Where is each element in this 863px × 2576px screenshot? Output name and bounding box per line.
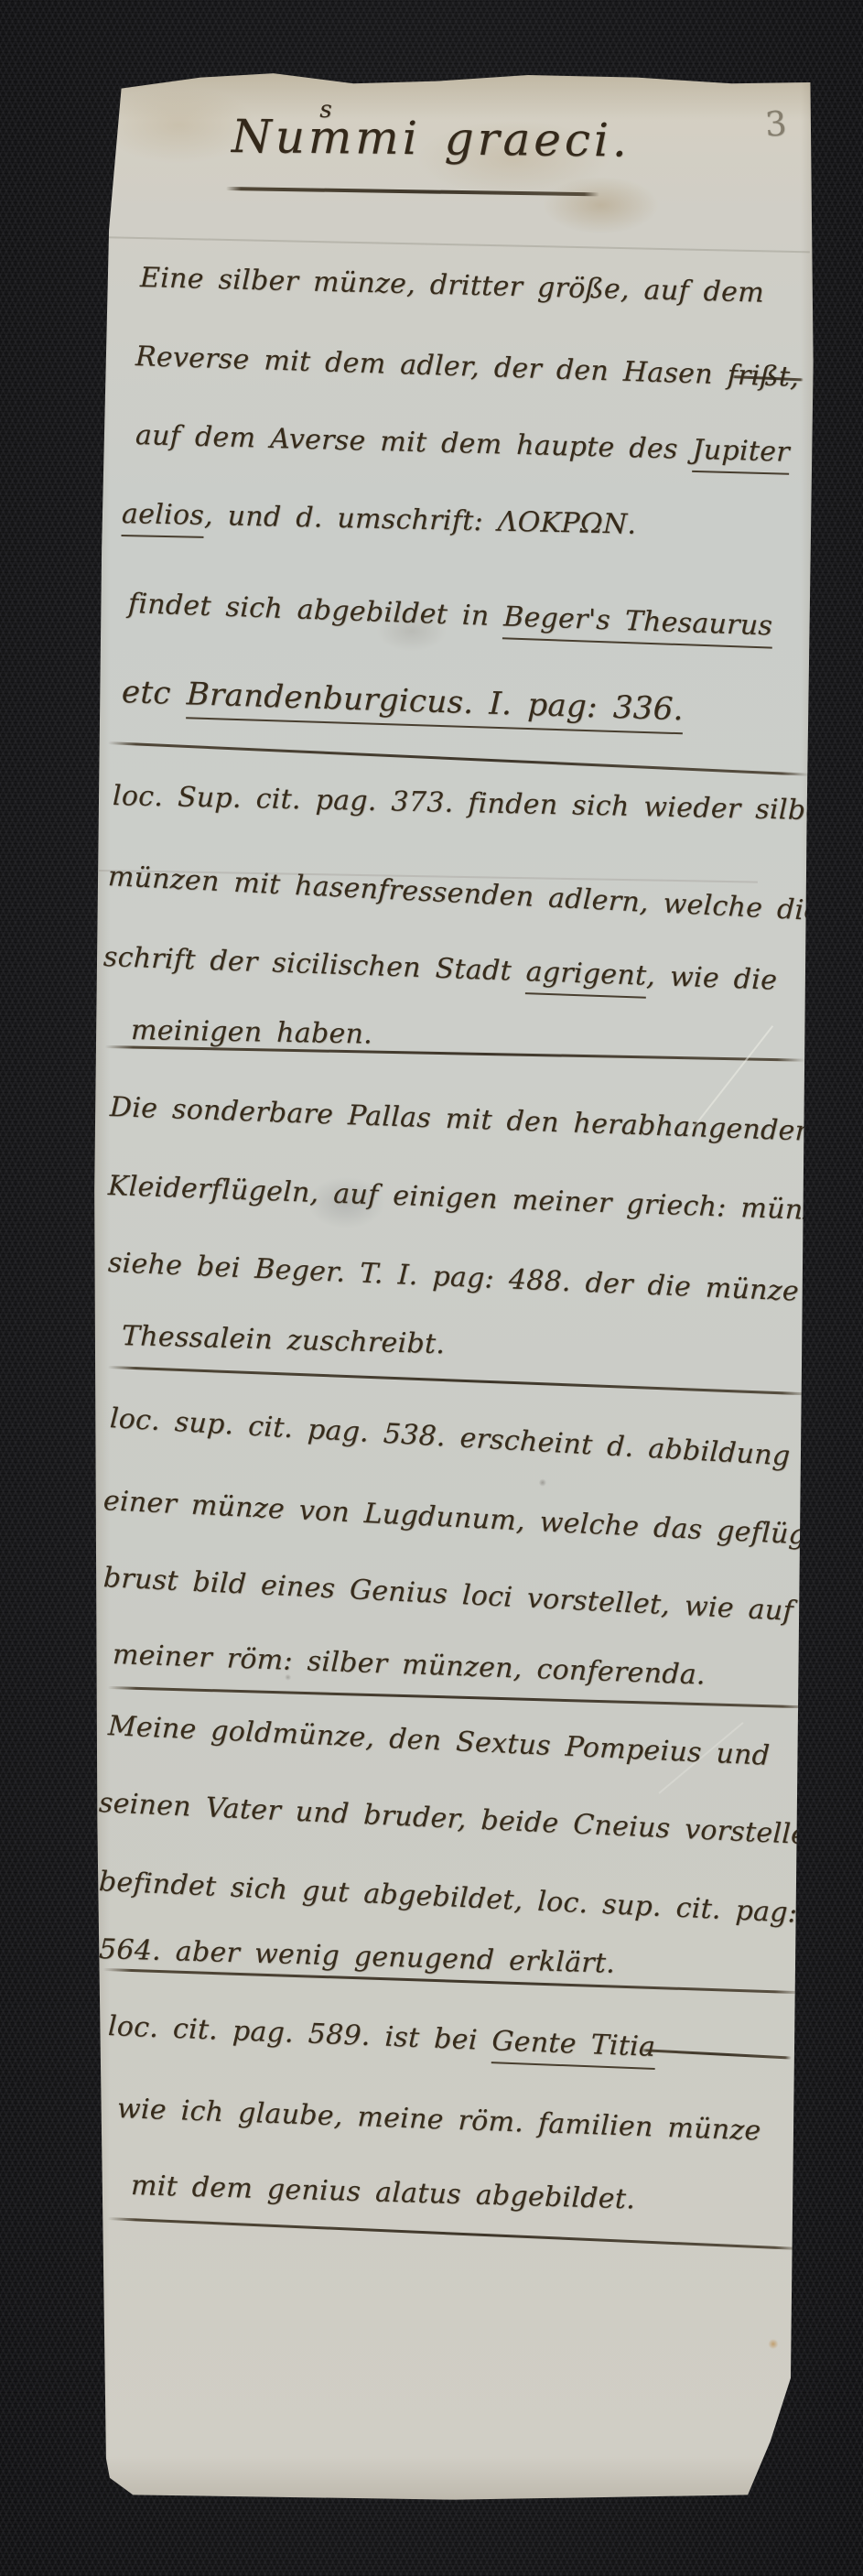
title-underline: [226, 187, 599, 196]
manuscript-line: Kleiderflügeln, auf einigen meiner griec…: [107, 1170, 861, 1228]
line-text: [860, 1196, 861, 1228]
manuscript-line: etc Brandenburgicus. I. pag: 336.: [121, 674, 684, 728]
manuscript-line: meiner röm: silber münzen, conferenda.: [112, 1639, 706, 1692]
line-text: [859, 1521, 861, 1553]
line-text: Kleiderflügeln, auf einigen meiner griec…: [107, 1170, 861, 1228]
manuscript-line: Meine goldmünze, den Sextus Pompeius und: [107, 1710, 771, 1772]
line-text: , und d. umschrift: ΛΟΚΡΩΝ.: [204, 500, 637, 541]
manuscript-line: aelios, und d. umschrift: ΛΟΚΡΩΝ.: [122, 498, 637, 541]
line-text: mit dem genius alatus abgebildet.: [131, 2170, 636, 2215]
line-text: Meine goldmünze, den Sextus Pompeius und: [107, 1710, 771, 1772]
underlined-text: Beger's Thesaurus: [502, 601, 772, 648]
manuscript-line: meinigen haben.: [131, 1014, 373, 1051]
underlined-text: aelios: [121, 498, 204, 538]
line-text: loc. cit. pag. 589. ist bei: [107, 2010, 492, 2057]
page-title: Nummi graeci. s: [232, 110, 631, 168]
manuscript-line: loc. cit. pag. 589. ist bei Gente Titia: [107, 2010, 656, 2063]
manuscript-line: Die sonderbare Pallas mit den herabhange…: [109, 1091, 813, 1148]
manuscript-line: mit dem genius alatus abgebildet.: [131, 2170, 636, 2215]
manuscript-line: auf dem Averse mit dem haupte des Jupite…: [135, 419, 791, 469]
manuscript-line: seinen Vater und bruder, beide Cneius vo…: [98, 1787, 853, 1853]
line-text: [858, 796, 859, 828]
line-text: etc: [121, 674, 187, 712]
paragraph-divider: [108, 1686, 811, 1708]
line-text: siehe bei Beger. T. I. pag: 488. der die…: [107, 1247, 799, 1308]
underlined-text: [859, 1521, 861, 1553]
manuscript-line: Eine silber münze, dritter größe, auf de…: [140, 262, 765, 309]
underlined-text: [860, 1196, 861, 1228]
line-text: Die sonderbare Pallas mit den herabhange…: [109, 1091, 813, 1148]
manuscript-line: schrift der sicilischen Stadt agrigent, …: [102, 941, 777, 997]
manuscript-line: siehe bei Beger. T. I. pag: 488. der die…: [107, 1247, 799, 1308]
title-flourish: s: [319, 96, 332, 124]
manuscript-line: brust bild eines Genius loci vorstellet,…: [102, 1562, 863, 1632]
line-text: auf dem Averse mit dem haupte des: [135, 419, 693, 466]
paper-crease: [96, 236, 810, 253]
line-text: [813, 1116, 814, 1148]
line-text: befindet sich gut abgebildet, loc. sup. …: [98, 1866, 798, 1930]
line-text: , wie die: [646, 960, 778, 997]
underlined-text: [858, 796, 859, 828]
line-text: meiner röm: silber münzen, conferenda.: [112, 1639, 706, 1692]
line-text: Thessalein zuschreibt.: [122, 1320, 446, 1360]
line-text: loc. Sup. cit. pag. 373. finden sich wie…: [113, 780, 859, 828]
line-text: wie ich glaube, meine röm. familien münz…: [116, 2093, 761, 2148]
paragraph-divider: [108, 2217, 803, 2250]
underlined-text: agrigent: [525, 956, 647, 999]
paragraph-divider: [108, 1366, 811, 1395]
line-text: [851, 1821, 853, 1853]
underlined-text: Jupiter: [692, 434, 790, 475]
underlined-text: Brandenburgicus. I. pag: 336.: [186, 676, 684, 734]
manuscript-line: wie ich glaube, meine röm. familien münz…: [116, 2093, 761, 2148]
line-text: [796, 1898, 798, 1930]
line-text: meinigen haben.: [131, 1014, 373, 1051]
filler-stroke: [641, 2049, 792, 2059]
manuscript-line: loc. sup. cit. pag. 538. erscheint d. ab…: [109, 1402, 791, 1473]
underlined-text: [813, 1116, 814, 1148]
manuscript-line: Reverse mit dem adler, der den Hasen fri…: [135, 341, 799, 394]
manuscript-page: 3 Nummi graeci. s Eine silber münze, dri…: [92, 71, 819, 2505]
line-text: Reverse mit dem adler, der den Hasen fri…: [135, 341, 799, 394]
line-text: brust bild eines Genius loci vorstellet,…: [102, 1562, 863, 1632]
page-title-text: Nummi graeci.: [232, 110, 631, 168]
line-text: findet sich abgebildet in: [127, 588, 503, 633]
underlined-text: [796, 1898, 798, 1930]
manuscript-line: einer münze von Lugdunum, welche das gef…: [102, 1485, 860, 1553]
page-number-pencil: 3: [764, 103, 788, 145]
paragraph-divider: [105, 1045, 805, 1061]
manuscript-line: findet sich abgebildet in Beger's Thesau…: [127, 588, 772, 643]
line-text: schrift der sicilischen Stadt: [102, 941, 526, 988]
underlined-text: [851, 1821, 853, 1853]
line-text: seinen Vater und bruder, beide Cneius vo…: [98, 1787, 853, 1853]
line-text: loc. sup. cit. pag. 538. erscheint d. ab…: [109, 1402, 791, 1473]
manuscript-line: befindet sich gut abgebildet, loc. sup. …: [98, 1866, 798, 1930]
manuscript-line: loc. Sup. cit. pag. 373. finden sich wie…: [113, 780, 859, 828]
line-text: Eine silber münze, dritter größe, auf de…: [140, 262, 765, 309]
fabric-background: 3 Nummi graeci. s Eine silber münze, dri…: [0, 0, 863, 2576]
line-text: einer münze von Lugdunum, welche das gef…: [102, 1485, 860, 1553]
paragraph-divider: [108, 741, 810, 775]
manuscript-line: Thessalein zuschreibt.: [122, 1320, 446, 1360]
underlined-text: Gente Titia: [491, 2025, 656, 2070]
scanned-archive-image: { "colors": { "fabric": "#1a1a1c", "pape…: [0, 0, 863, 2576]
